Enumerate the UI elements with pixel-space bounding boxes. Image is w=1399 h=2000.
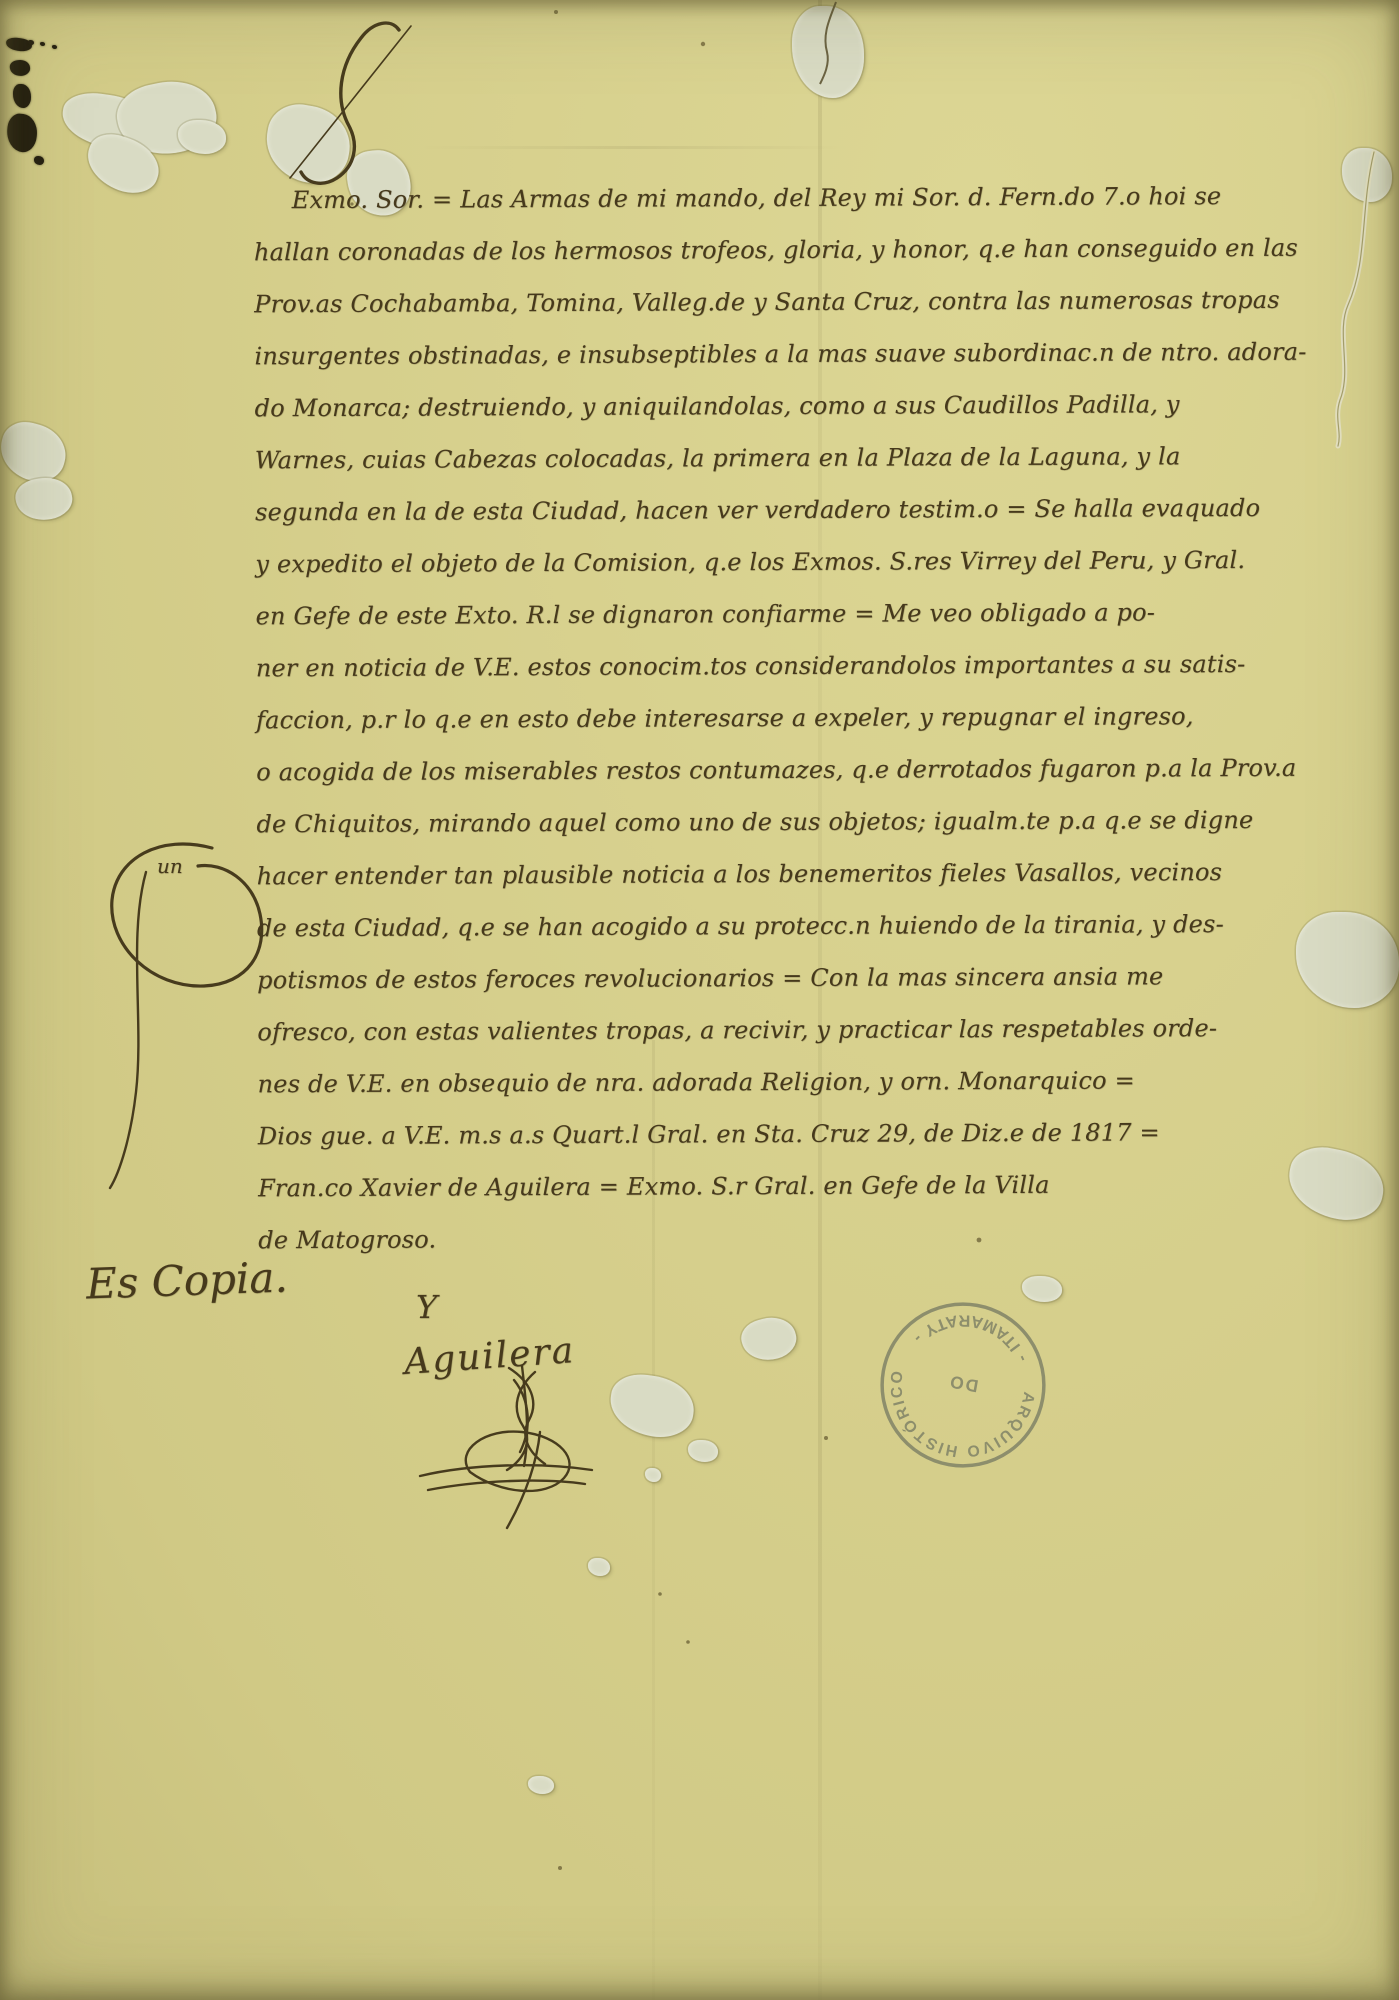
stamp-ring	[869, 1291, 1056, 1478]
es-copia-note: Es Copia.	[85, 1252, 288, 1308]
ink-stain	[5, 113, 39, 154]
margin-note: un	[157, 854, 183, 878]
letter-line: segunda en la de esta Ciudad, hacen ver …	[255, 482, 1307, 539]
paper-damage	[528, 1776, 554, 1794]
letter-line: Dios gue. a V.E. m.s a.s Quart.l Gral. e…	[258, 1106, 1310, 1163]
letter-line: insurgentes obstinadas, e insubseptibles…	[254, 326, 1306, 383]
paper-damage	[737, 1312, 800, 1367]
ink-stain	[34, 156, 44, 165]
ink-stain	[40, 42, 45, 46]
letter-line: de Chiquitos, mirando aquel como uno de …	[256, 794, 1308, 851]
signature-flourish-y: Y	[416, 1288, 437, 1326]
paper-damage	[1022, 1276, 1062, 1302]
ink-stain	[13, 84, 31, 108]
signature-aguilera: Aguilera	[403, 1330, 577, 1383]
letter-body: Exmo. Sor. = Las Armas de mi mando, del …	[254, 170, 1311, 1267]
paper-damage	[0, 416, 72, 487]
paper-damage	[13, 473, 75, 524]
letter-line: do Monarca; destruiendo, y aniquilandola…	[255, 378, 1307, 435]
manuscript-page: Exmo. Sor. = Las Armas de mi mando, del …	[0, 0, 1399, 2000]
signature-rubric	[420, 1366, 592, 1528]
letter-line: ofresco, con estas valientes tropas, a r…	[257, 1002, 1309, 1059]
letter-line: ner en noticia de V.E. estos conocim.tos…	[256, 638, 1308, 695]
letter-line: en Gefe de este Exto. R.l se dignaron co…	[255, 586, 1307, 643]
letter-line: Warnes, cuias Cabezas colocadas, la prim…	[255, 430, 1307, 487]
paper-damage	[792, 6, 864, 98]
paper-damage	[645, 1468, 661, 1482]
paper-damage	[688, 1440, 718, 1462]
paper-damage	[606, 1370, 698, 1441]
paper-damage	[1296, 912, 1399, 1008]
letter-line: Prov.as Cochabamba, Tomina, Valleg.de y …	[254, 274, 1306, 331]
letter-line: faccion, p.r lo q.e en esto debe interes…	[256, 690, 1308, 747]
paper-damage	[588, 1558, 610, 1576]
letter-line: hacer entender tan plausible noticia a l…	[257, 846, 1309, 903]
letter-line: y expedito el objeto de la Comision, q.e…	[255, 534, 1307, 591]
letter-line: nes de V.E. en obsequio de nra. adorada …	[257, 1054, 1309, 1111]
letter-line: de Matogroso.	[258, 1210, 1310, 1267]
ink-stain	[28, 40, 34, 45]
archive-stamp: ARQUIVO HISTÓRICO - ITAMARATY - DO	[862, 1284, 1064, 1486]
svg-text:ARQUIVO HISTÓRICO: ARQUIVO HISTÓRICO	[877, 1367, 1038, 1471]
stamp-arc-top-text: ARQUIVO HISTÓRICO	[877, 1367, 1038, 1471]
stamp-center-text: DO	[947, 1371, 980, 1396]
horizontal-crease	[420, 146, 850, 149]
letter-line: o acogida de los miserables restos contu…	[256, 742, 1308, 799]
letter-line: Fran.co Xavier de Aguilera = Exmo. S.r G…	[258, 1158, 1310, 1215]
svg-text:- ITAMARATY -: - ITAMARATY -	[907, 1302, 1037, 1368]
margin-rubric-flourish	[110, 844, 262, 1188]
letter-line: Exmo. Sor. = Las Armas de mi mando, del …	[254, 170, 1306, 227]
letter-line: hallan coronadas de los hermosos trofeos…	[254, 222, 1306, 279]
ink-stain	[9, 59, 31, 78]
letter-line: potismos de estos feroces revolucionario…	[257, 950, 1309, 1007]
stamp-arc-bottom-text: - ITAMARATY -	[907, 1302, 1037, 1368]
ink-stain	[52, 45, 57, 49]
letter-line: de esta Ciudad, q.e se han acogido a su …	[257, 898, 1309, 955]
paper-damage	[1342, 148, 1392, 202]
